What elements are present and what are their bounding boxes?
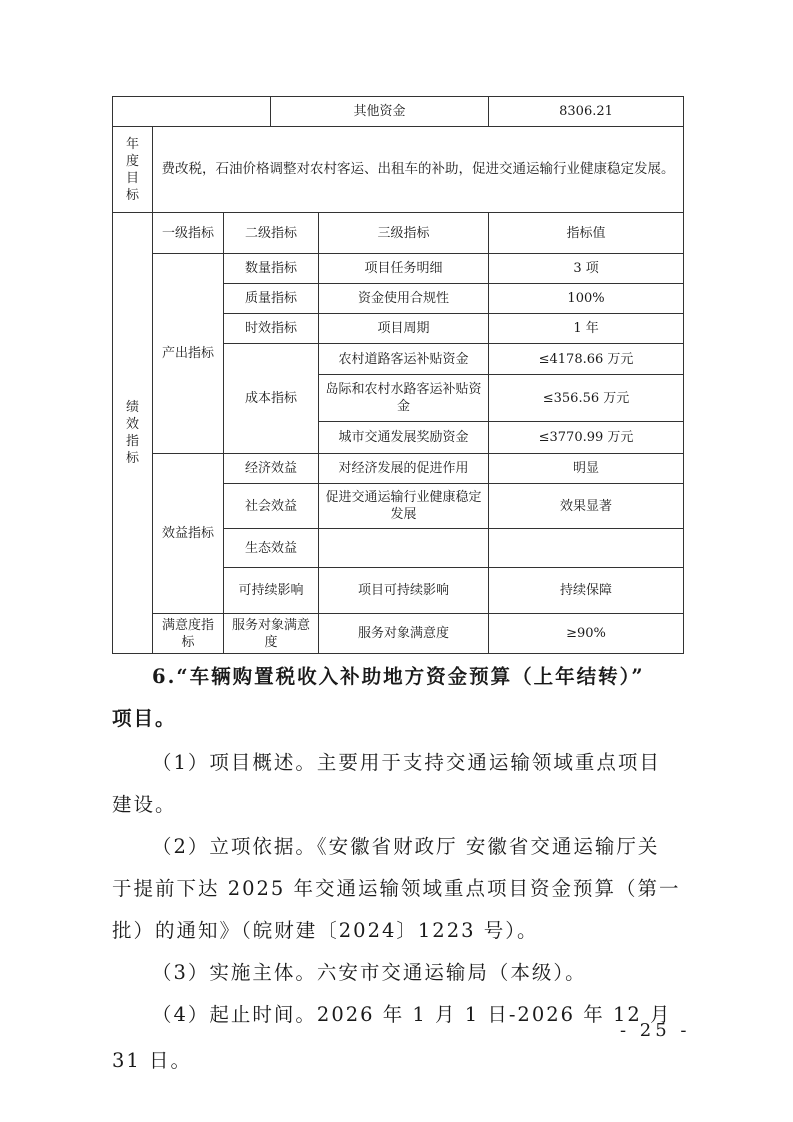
level3-cell: 资金使用合规性 [319, 284, 489, 314]
header-level3: 三级指标 [319, 213, 489, 254]
annual-goal-label: 年 度 目 标 [113, 127, 153, 213]
level3-cell [319, 529, 489, 568]
header-value: 指标值 [489, 213, 684, 254]
level2-cell: 社会效益 [224, 484, 319, 529]
value-cell: ≥90% [489, 614, 684, 654]
level3-cell: 项目周期 [319, 314, 489, 344]
level3-cell: 对经济发展的促进作用 [319, 454, 489, 484]
level2-cell: 生态效益 [224, 529, 319, 568]
table-row: 满意度指标 服务对象满意度 服务对象满意度 ≥90% [113, 614, 684, 654]
value-cell: 持续保障 [489, 568, 684, 614]
header-row: 绩 效 指 标 一级指标 二级指标 三级指标 指标值 [113, 213, 684, 254]
value-cell: 1 年 [489, 314, 684, 344]
level2-cell: 成本指标 [224, 344, 319, 454]
overview-line1: （1）项目概述。主要用于支持交通运输领域重点项目 [112, 740, 687, 786]
value-cell: 效果显著 [489, 484, 684, 529]
value-cell: ≤356.56 万元 [489, 375, 684, 422]
table-row: 产出指标 数量指标 项目任务明细 3 项 [113, 254, 684, 284]
level2-cell: 服务对象满意度 [224, 614, 319, 654]
section-heading-line2: 项目。 [112, 696, 687, 742]
level2-cell: 数量指标 [224, 254, 319, 284]
header-level2: 二级指标 [224, 213, 319, 254]
level3-cell: 项目任务明细 [319, 254, 489, 284]
level3-cell: 项目可持续影响 [319, 568, 489, 614]
level3-cell: 岛际和农村水路客运补贴资金 [319, 375, 489, 422]
section-heading-line1: 6.“车辆购置税收入补助地方资金预算（上年结转）” [112, 654, 687, 700]
value-cell: 明显 [489, 454, 684, 484]
funding-label: 其他资金 [271, 97, 489, 127]
level3-cell: 城市交通发展奖励资金 [319, 422, 489, 454]
empty-cell [113, 97, 271, 127]
level3-cell: 促进交通运输行业健康稳定发展 [319, 484, 489, 529]
level2-cell: 经济效益 [224, 454, 319, 484]
implementer: （3）实施主体。六安市交通运输局（本级）。 [112, 950, 687, 996]
level3-cell: 服务对象满意度 [319, 614, 489, 654]
value-cell: ≤4178.66 万元 [489, 344, 684, 375]
value-cell [489, 529, 684, 568]
header-level1: 一级指标 [153, 213, 224, 254]
table-row: 效益指标 经济效益 对经济发展的促进作用 明显 [113, 454, 684, 484]
performance-table: 其他资金 8306.21 年 度 目 标 费改税，石油价格调整对农村客运、出租车… [112, 96, 684, 654]
level2-cell: 可持续影响 [224, 568, 319, 614]
level2-cell: 质量指标 [224, 284, 319, 314]
basis-line1: （2）立项依据。《安徽省财政厅 安徽省交通运输厅关 [112, 824, 687, 870]
level1-satisfaction: 满意度指标 [153, 614, 224, 654]
funding-value: 8306.21 [489, 97, 684, 127]
value-cell: ≤3770.99 万元 [489, 422, 684, 454]
basis-line3: 批）的通知》（皖财建〔2024〕1223 号）。 [112, 908, 687, 954]
overview-line2: 建设。 [112, 782, 687, 828]
value-cell: 3 项 [489, 254, 684, 284]
funding-row: 其他资金 8306.21 [113, 97, 684, 127]
period: （4）起止时间。2026 年 1 月 1 日-2026 年 12 月 31 日。 [112, 992, 687, 1084]
level2-cell: 时效指标 [224, 314, 319, 344]
level3-cell: 农村道路客运补贴资金 [319, 344, 489, 375]
value-cell: 100% [489, 284, 684, 314]
level1-benefit: 效益指标 [153, 454, 224, 614]
performance-label: 绩 效 指 标 [113, 213, 153, 654]
basis-line2: 于提前下达 2025 年交通运输领域重点项目资金预算（第一 [112, 866, 687, 912]
annual-goal-row: 年 度 目 标 费改税，石油价格调整对农村客运、出租车的补助，促进交通运输行业健… [113, 127, 684, 213]
annual-goal-text: 费改税，石油价格调整对农村客运、出租车的补助，促进交通运输行业健康稳定发展。 [153, 127, 684, 213]
page-number: - 25 - [620, 1020, 691, 1041]
level1-output: 产出指标 [153, 254, 224, 454]
